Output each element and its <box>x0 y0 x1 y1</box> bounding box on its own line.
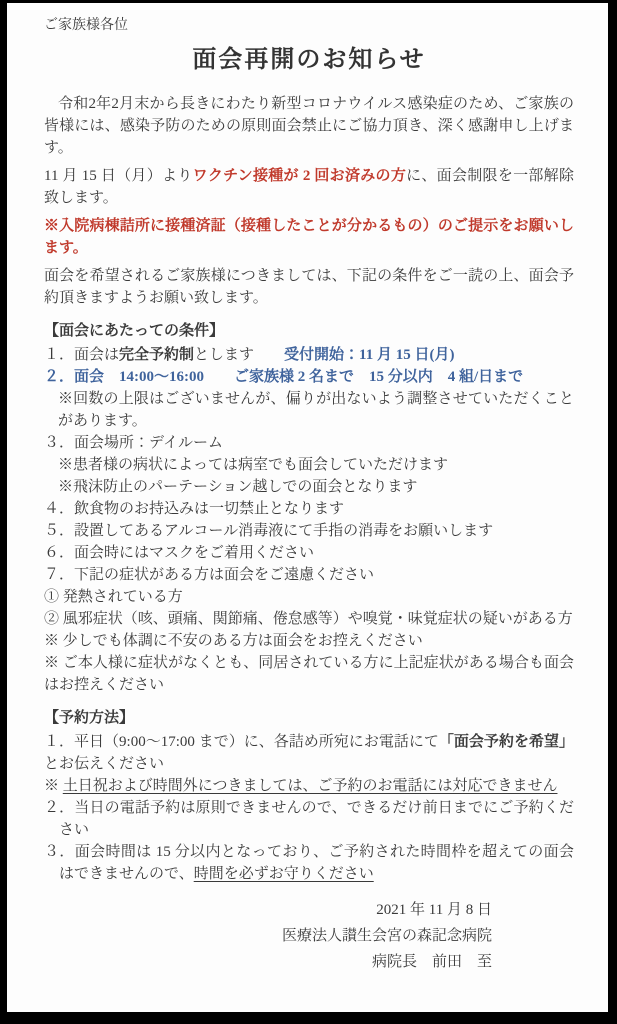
notice-document: ご家族様各位 面会再開のお知らせ 令和2年2月末から長きにわたり新型コロナウイル… <box>7 3 608 1012</box>
photo-frame: ご家族様各位 面会再開のお知らせ 令和2年2月末から長きにわたり新型コロナウイル… <box>0 0 617 1024</box>
document-line: ② 風邪症状（咳、頭痛、関節痛、倦怠感等）や嗅覚・味覚症状の疑いがある方 <box>44 608 574 630</box>
text-segment: ※ <box>44 778 63 794</box>
document-line: ６．面会時にはマスクをご着用ください <box>44 542 574 564</box>
recipient-line: ご家族様各位 <box>44 15 574 37</box>
document-line: ３．面会時間は 15 分以内となっており、ご予約された時間枠を超えての面会はでき… <box>44 841 574 885</box>
text-segment: 完全予約制 <box>119 347 194 363</box>
document-line: ※ 少しでも体調に不安のある方は面会をお控えください <box>44 630 574 652</box>
text-segment: とお伝えください <box>44 756 164 772</box>
document-line: ２．面会 14:00～16:00 ご家族様 2 名まで 15 分以内 4 組/日… <box>44 366 574 388</box>
notice-title: 面会再開のお知らせ <box>44 43 574 77</box>
document-line: ※ 土日祝および時間外につきましては、ご予約のお電話には対応できません <box>44 775 574 797</box>
document-line: ※患者様の病状によっては病室でも面会していただけます <box>58 454 574 476</box>
text-segment: 面会を希望されるご家族様につきましては、下記の条件をご一読の上、面会予約頂きます… <box>44 268 574 306</box>
document-line: １．平日（9:00～17:00 まで）に、各詰め所宛にお電話にて「面会予約を希望… <box>44 731 574 775</box>
text-segment: ６．面会時にはマスクをご着用ください <box>44 545 314 561</box>
notice-body: 令和2年2月末から長きにわたり新型コロナウイルス感染症のため、ご家族の皆様には、… <box>44 93 574 885</box>
signature-organization: 医療法人讃生会宮の森記念病院 <box>44 923 492 949</box>
document-line: １．面会は完全予約制とします 受付開始：11 月 15 日(月) <box>44 344 574 366</box>
text-segment: 令和2年2月末から長きにわたり新型コロナウイルス感染症のため、ご家族の皆様には、… <box>44 96 574 156</box>
text-segment: ※飛沫防止のパーテーション越しでの面会となります <box>58 479 417 495</box>
document-line: ３．面会場所：デイルーム <box>44 432 574 454</box>
text-segment: 【面会にあたっての条件】 <box>44 323 224 339</box>
text-segment: ４．飲食物のお持込みは一切禁止となります <box>44 501 344 517</box>
text-segment: １．面会は <box>44 347 119 363</box>
document-line: ※回数の上限はございませんが、偏りが出ないよう調整させていただくことがあります。 <box>58 388 574 432</box>
signature-date: 2021 年 11 月 8 日 <box>44 897 492 923</box>
document-line: ７．下記の症状がある方は面会をご遠慮ください <box>44 564 574 586</box>
document-line: ※ ご本人様に症状がなくとも、同居されている方に上記症状がある場合も面会はお控え… <box>44 652 574 696</box>
text-segment: ３．面会場所：デイルーム <box>44 435 223 451</box>
text-segment: ※ ご本人様に症状がなくとも、同居されている方に上記症状がある場合も面会はお控え… <box>44 655 574 693</box>
document-line: 11 月 15 日（月）よりワクチン接種が 2 回お済みの方に、面会制限を一部解… <box>44 165 574 209</box>
text-segment: 「面会予約を希望」 <box>439 734 574 750</box>
signature-signer: 病院長 前田 至 <box>44 949 492 975</box>
text-segment: ② 風邪症状（咳、頭痛、関節痛、倦怠感等）や嗅覚・味覚症状の疑いがある方 <box>44 611 573 627</box>
reservation-section-heading: 【予約方法】 <box>44 707 574 729</box>
conditions-section-heading: 【面会にあたっての条件】 <box>44 320 574 342</box>
text-segment: 時間を必ずお守りください <box>194 866 374 882</box>
document-line: ① 発熱されている方 <box>44 586 574 608</box>
document-line: ２．当日の電話予約は原則できませんので、できるだけ前日までにご予約ください <box>44 797 574 841</box>
text-segment: ２．当日の電話予約は原則できませんので、できるだけ前日までにご予約ください <box>44 800 574 838</box>
text-segment: ※回数の上限はございませんが、偏りが出ないよう調整させていただくことがあります。 <box>58 391 574 429</box>
text-segment: １．平日（9:00～17:00 まで）に、各詰め所宛にお電話にて <box>44 734 439 750</box>
document-line: ４．飲食物のお持込みは一切禁止となります <box>44 498 574 520</box>
text-segment: ワクチン接種が 2 回お済みの方 <box>193 168 407 184</box>
text-segment: ２．面会 14:00～16:00 ご家族様 2 名まで 15 分以内 4 組/日… <box>44 369 523 385</box>
text-segment: ※ 少しでも体調に不安のある方は面会をお控えください <box>44 633 423 649</box>
document-line: ※飛沫防止のパーテーション越しでの面会となります <box>58 476 574 498</box>
signature-block: 2021 年 11 月 8 日 医療法人讃生会宮の森記念病院 病院長 前田 至 <box>44 897 574 975</box>
document-line: 令和2年2月末から長きにわたり新型コロナウイルス感染症のため、ご家族の皆様には、… <box>44 93 574 159</box>
text-segment: ７．下記の症状がある方は面会をご遠慮ください <box>44 567 374 583</box>
text-segment: ※患者様の病状によっては病室でも面会していただけます <box>58 457 448 473</box>
document-line: ※入院病棟詰所に接種済証（接種したことが分かるもの）のご提示をお願いします。 <box>44 215 574 259</box>
text-segment: 受付開始：11 月 15 日(月) <box>284 347 454 363</box>
text-segment: ※入院病棟詰所に接種済証（接種したことが分かるもの）のご提示をお願いします。 <box>44 218 574 256</box>
text-segment: とします <box>194 347 284 363</box>
document-line: ５．設置してあるアルコール消毒液にて手指の消毒をお願いします <box>44 520 574 542</box>
document-line: 面会を希望されるご家族様につきましては、下記の条件をご一読の上、面会予約頂きます… <box>44 265 574 309</box>
text-segment: 【予約方法】 <box>44 710 134 726</box>
text-segment: ５．設置してあるアルコール消毒液にて手指の消毒をお願いします <box>44 523 493 539</box>
text-segment: ① 発熱されている方 <box>44 589 183 605</box>
text-segment: 11 月 15 日（月）より <box>44 168 193 184</box>
text-segment: 土日祝および時間外につきましては、ご予約のお電話には対応できません <box>63 778 558 794</box>
